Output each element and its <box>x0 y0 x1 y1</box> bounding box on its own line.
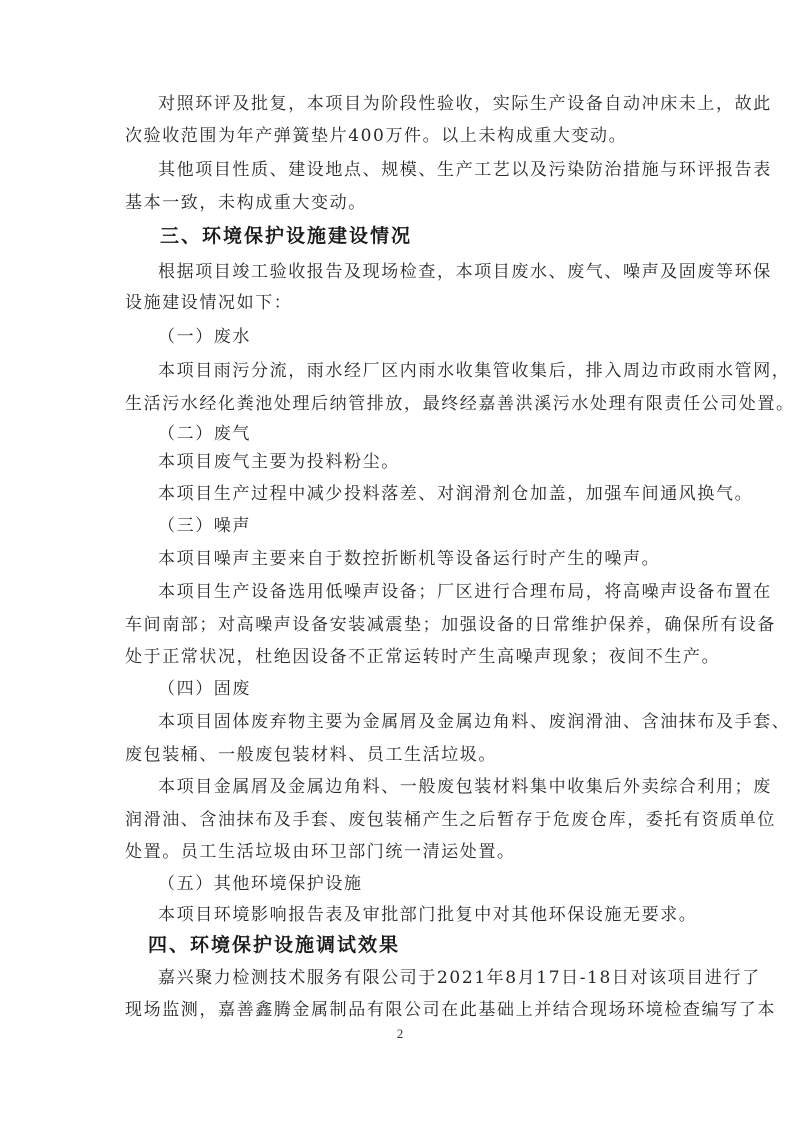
paragraph-line: 次验收范围为年产弹簧垫片400万件。以上未构成重大变动。 <box>125 124 680 148</box>
subsection-heading: （四）固废 <box>158 677 713 701</box>
section-heading: 四、环境保护设施调试效果 <box>148 933 703 957</box>
paragraph-line: 现场监测，嘉善鑫腾金属制品有限公司在此基础上并结合现场环境检查编写了本 <box>125 998 680 1022</box>
paragraph-first-line: 本项目固体废弃物主要为金属屑及金属边角料、废润滑油、含油抹布及手套、 <box>158 710 713 734</box>
paragraph-line: 处于正常状况，杜绝因设备不正常运转时产生高噪声现象；夜间不生产。 <box>125 645 680 669</box>
paragraph-line: 废包装桶、一般废包装材料、员工生活垃圾。 <box>125 743 680 767</box>
subsection-heading: （一）废水 <box>158 325 713 349</box>
paragraph-first-line: 本项目废气主要为投料粉尘。 <box>158 450 713 474</box>
paragraph-first-line: 根据项目竣工验收报告及现场检查，本项目废水、废气、噪声及固废等环保 <box>158 260 713 284</box>
subsection-heading: （二）废气 <box>158 422 713 446</box>
document-page: 对照环评及批复，本项目为阶段性验收，实际生产设备自动冲床未上，故此次验收范围为年… <box>0 0 800 1130</box>
paragraph-first-line: 嘉兴聚力检测技术服务有限公司于2021年8月17日-18日对该项目进行了 <box>158 966 713 990</box>
paragraph-line: 车间南部；对高噪声设备安装减震垫；加强设备的日常维护保养，确保所有设备 <box>125 613 680 637</box>
section-heading: 三、环境保护设施建设情况 <box>160 224 715 248</box>
paragraph-line: 生活污水经化粪池处理后纳管排放，最终经嘉善洪溪污水处理有限责任公司处置。 <box>125 392 680 416</box>
paragraph-line: 基本一致，未构成重大变动。 <box>125 191 680 215</box>
subsection-heading: （三）噪声 <box>158 514 713 538</box>
paragraph-first-line: 本项目金属屑及金属边角料、一般废包装材料集中收集后外卖综合利用；废 <box>158 775 713 799</box>
page-number: 2 <box>0 1026 800 1042</box>
paragraph-first-line: 本项目环境影响报告表及审批部门批复中对其他环保设施无要求。 <box>158 903 713 927</box>
paragraph-line: 处置。员工生活垃圾由环卫部门统一清运处置。 <box>125 840 680 864</box>
paragraph-first-line: 本项目生产过程中减少投料落差、对润滑剂仓加盖，加强车间通风换气。 <box>158 482 713 506</box>
paragraph-first-line: 其他项目性质、建设地点、规模、生产工艺以及污染防治措施与环评报告表 <box>158 158 713 182</box>
paragraph-line: 润滑油、含油抹布及手套、废包装桶产生之后暂存于危废仓库，委托有资质单位 <box>125 808 680 832</box>
paragraph-first-line: 本项目雨污分流，雨水经厂区内雨水收集管收集后，排入周边市政雨水管网， <box>158 359 713 383</box>
paragraph-first-line: 对照环评及批复，本项目为阶段性验收，实际生产设备自动冲床未上，故此 <box>158 92 713 116</box>
subsection-heading: （五）其他环境保护设施 <box>158 872 713 896</box>
paragraph-first-line: 本项目噪声主要来自于数控折断机等设备运行时产生的噪声。 <box>158 547 713 571</box>
paragraph-first-line: 本项目生产设备选用低噪声设备；厂区进行合理布局，将高噪声设备布置在 <box>158 580 713 604</box>
paragraph-line: 设施建设情况如下： <box>125 291 680 315</box>
